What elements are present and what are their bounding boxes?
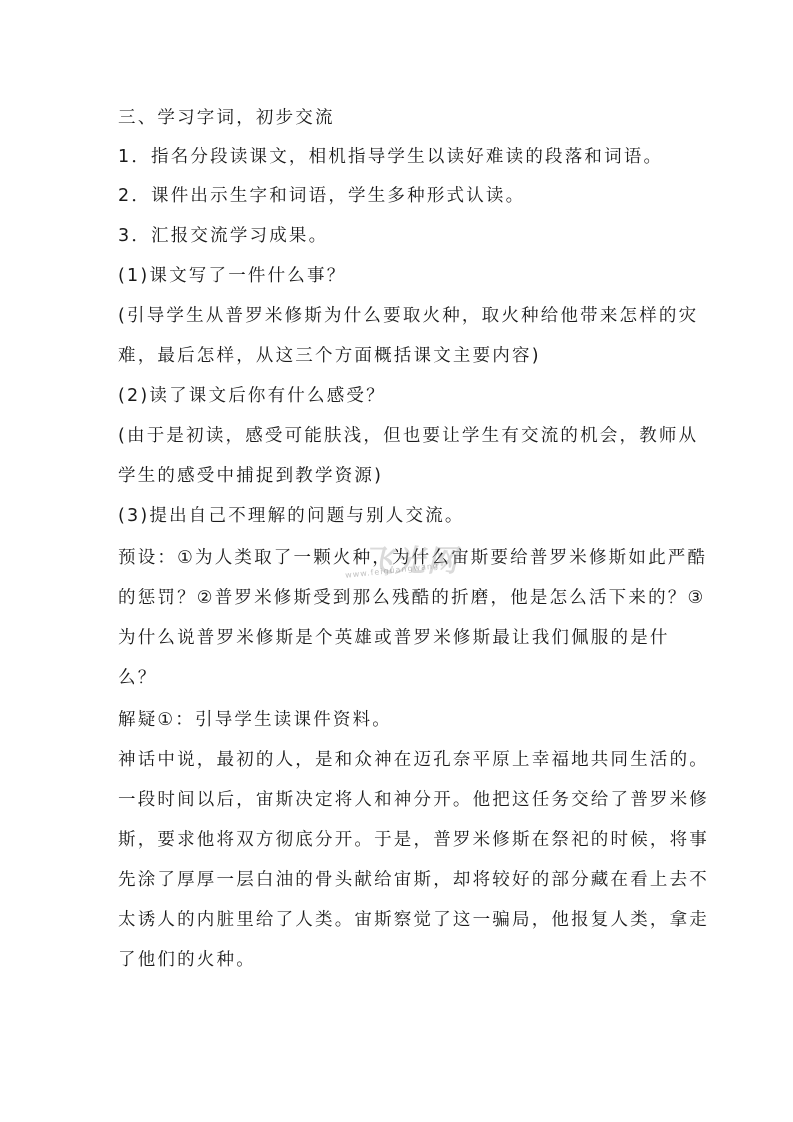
question-1: (1)课文写了一件什么事？ (118, 266, 346, 286)
list-item-2: 2．课件出示生字和词语，学生多种形式认读。 (118, 186, 525, 206)
paragraph-line: (由于是初读，感受可能肤浅，但也要让学生有交流的机会，教师从 (118, 426, 698, 446)
paragraph-line: 的惩罚？②普罗米修斯受到那么残酷的折磨，他是怎么活下来的？③ (118, 588, 705, 608)
paragraph-line: 斯，要求他将双方彻底分开。于是，普罗米修斯在祭祀的时候，将事 (118, 830, 709, 850)
section-heading: 三、学习字词，初步交流 (118, 108, 335, 128)
list-item-1: 1．指名分段读课文，相机指导学生以读好难读的段落和词语。 (118, 147, 663, 167)
paragraph-line: 么？ (118, 668, 157, 688)
paragraph-line: 为什么说普罗米修斯是个英雄或普罗米修斯最让我们佩服的是什 (118, 628, 670, 648)
list-item-3: 3．汇报交流学习成果。 (118, 226, 328, 246)
question-3: (3)提出自己不理解的问题与别人交流。 (118, 506, 465, 526)
paragraph-line: (引导学生从普罗米修斯为什么要取火种，取火种给他带来怎样的灾 (118, 306, 698, 326)
paragraph-line: 难，最后怎样，从这三个方面概括课文主要内容) (118, 346, 541, 366)
question-2: (2)读了课文后你有什么感受？ (118, 386, 386, 406)
paragraph-line: 太诱人的内脏里给了人类。宙斯察觉了这一骗局，他报复人类，拿走 (118, 910, 709, 930)
paragraph-line: 先涂了厚厚一层白油的骨头献给宙斯，却将较好的部分藏在看上去不 (118, 870, 709, 890)
paragraph-line: 神话中说，最初的人，是和众神在迈孔奈平原上幸福地共同生活的。 (118, 750, 709, 770)
paragraph-line: 了他们的火种。 (118, 950, 256, 970)
answer-heading: 解疑①：引导学生读课件资料。 (118, 710, 392, 730)
paragraph-line: 一段时间以后，宙斯决定将人和神分开。他把这任务交给了普罗米修 (118, 790, 709, 810)
paragraph-line: 预设：①为人类取了一颗火种，为什么宙斯要给普罗米修斯如此严酷 (118, 548, 707, 568)
paragraph-line: 学生的感受中捕捉到教学资源) (118, 466, 383, 486)
